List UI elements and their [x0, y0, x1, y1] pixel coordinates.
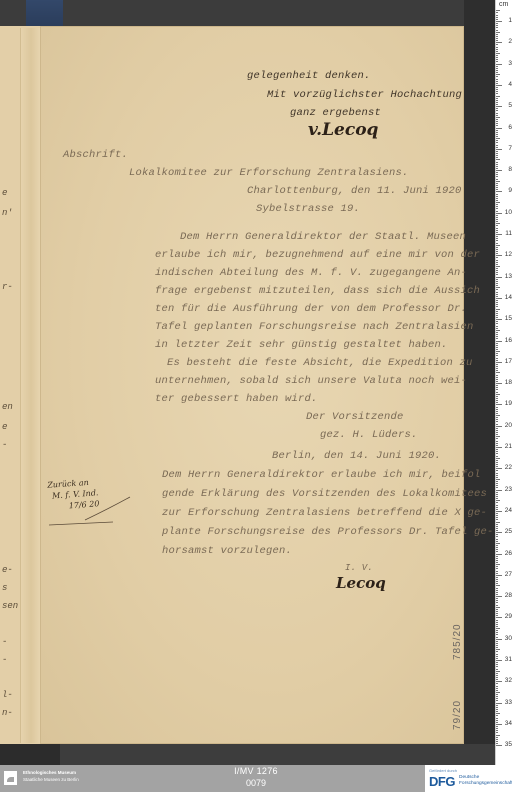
ruler-tick — [496, 93, 498, 94]
ruler-number: 30 — [505, 635, 512, 642]
ruler-tick — [496, 639, 502, 640]
ruler-tick — [496, 61, 498, 62]
ruler-tick — [496, 679, 498, 680]
ruler-tick — [496, 332, 498, 333]
ruler-tick — [496, 411, 498, 412]
ruler-tick — [496, 83, 498, 84]
ruler-tick — [496, 707, 498, 708]
margin-fragment: - — [2, 637, 7, 647]
ruler-number: 8 — [508, 166, 512, 173]
letterhead-address: Sybelstrasse 19. — [256, 203, 360, 215]
ruler-tick — [496, 438, 498, 439]
ruler-number: 11 — [505, 230, 512, 237]
ruler-tick — [496, 230, 498, 231]
ruler-tick — [496, 475, 498, 476]
ruler-tick — [496, 292, 498, 293]
ruler-tick — [496, 511, 502, 512]
ruler-number: 2 — [508, 38, 512, 45]
ruler-tick — [496, 21, 502, 22]
ruler-tick — [496, 560, 498, 561]
ruler-number: 13 — [505, 273, 512, 280]
ruler-tick — [496, 10, 500, 11]
ruler-tick — [496, 81, 498, 82]
ruler-tick — [496, 462, 498, 463]
ruler-tick — [496, 658, 498, 659]
ruler-number: 9 — [508, 187, 512, 194]
closing-signed: gez. H. Lüders. — [320, 429, 418, 441]
ruler-tick — [496, 168, 498, 169]
margin-fragment: - — [2, 440, 7, 450]
ruler-tick — [496, 585, 500, 586]
ruler-tick — [496, 507, 498, 508]
margin-fragment: - — [2, 655, 7, 665]
ruler-tick — [496, 185, 498, 186]
ruler-tick — [496, 268, 498, 269]
body-line: ter gebessert haben wird. — [155, 393, 318, 405]
ruler-tick — [496, 283, 498, 284]
ruler-tick — [496, 36, 498, 37]
margin-fragment: r- — [2, 282, 13, 292]
ruler-tick — [496, 179, 498, 180]
binding-fold — [20, 28, 41, 743]
ruler-tick — [496, 564, 500, 565]
closing-line-1: gelegenheit denken. — [247, 70, 371, 82]
ruler-tick — [496, 551, 498, 552]
body-line: ten für die Ausführung der von dem Profe… — [155, 303, 467, 315]
ruler-tick — [496, 53, 500, 54]
ruler-tick — [496, 677, 498, 678]
ruler-tick — [496, 23, 498, 24]
ruler-tick — [496, 79, 498, 80]
ruler-tick — [496, 138, 500, 139]
ruler-tick — [496, 328, 498, 329]
ruler-tick — [496, 100, 498, 101]
ruler-tick — [496, 96, 500, 97]
ruler-tick — [496, 743, 498, 744]
body-line: Es besteht die feste Absicht, die Expedi… — [167, 357, 473, 369]
ruler-tick — [496, 421, 498, 422]
ruler-tick — [496, 464, 498, 465]
ruler-tick — [496, 153, 498, 154]
dark-backdrop-right — [464, 0, 495, 765]
margin-note-strokes — [45, 490, 135, 530]
ruler-tick — [496, 130, 498, 131]
ruler-number: 31 — [505, 656, 512, 663]
ruler-tick — [496, 588, 498, 589]
iv-marker: I. V. — [345, 563, 373, 573]
ruler-tick — [496, 568, 498, 569]
ruler-tick — [496, 15, 498, 16]
dfg-badge: Gefördert durch DFG Deutsche Forschungsg… — [425, 765, 512, 792]
ruler-tick — [496, 270, 498, 271]
ruler-tick — [496, 632, 498, 633]
ruler-tick — [496, 549, 498, 550]
body-line: Dem Herrn Generaldirektor der Staatl. Mu… — [180, 231, 466, 243]
ruler-tick — [496, 609, 498, 610]
dfg-logo-icon: DFG — [429, 774, 455, 789]
ruler-tick — [496, 206, 498, 207]
ruler-tick — [496, 228, 498, 229]
ruler-tick — [496, 176, 498, 177]
ruler-tick — [496, 726, 498, 727]
pencil-id-lower: 79/20 — [452, 700, 463, 730]
ruler-tick — [496, 617, 502, 618]
ruler-tick — [496, 453, 498, 454]
ruler-tick — [496, 624, 498, 625]
ruler-tick — [496, 115, 498, 116]
cm-ruler: cm 1234567891011121314151617181920212223… — [495, 0, 512, 765]
ruler-tick — [496, 428, 498, 429]
ruler-number: 16 — [505, 337, 512, 344]
ruler-tick — [496, 547, 498, 548]
ruler-tick — [496, 368, 498, 369]
ruler-tick — [496, 174, 498, 175]
body-line: in letzter Zeit sehr günstig gestaltet h… — [155, 339, 448, 351]
blue-tape — [26, 0, 63, 28]
signature-lecoq-top: v.Lecoq — [308, 120, 378, 140]
ruler-tick — [496, 447, 502, 448]
ruler-tick — [496, 705, 498, 706]
ruler-number: 29 — [505, 613, 512, 620]
archive-footer: Ethnologisches Museum Staatliche Museen … — [0, 765, 512, 792]
ruler-tick — [496, 694, 498, 695]
ruler-number: 33 — [505, 699, 512, 706]
ruler-tick — [496, 372, 500, 373]
ruler-tick — [496, 479, 500, 480]
ruler-tick — [496, 732, 498, 733]
ruler-tick — [496, 334, 498, 335]
ruler-tick — [496, 381, 498, 382]
ruler-tick — [496, 145, 498, 146]
ruler-tick — [496, 147, 498, 148]
pencil-id-upper: 785/20 — [452, 623, 463, 660]
ruler-tick — [496, 502, 498, 503]
ruler-tick — [496, 47, 498, 48]
ruler-tick — [496, 68, 498, 69]
ruler-tick — [496, 91, 498, 92]
ruler-tick — [496, 223, 500, 224]
ruler-number: 21 — [505, 443, 512, 450]
ruler-tick — [496, 213, 502, 214]
ruler-tick — [496, 181, 500, 182]
ruler-tick — [496, 741, 498, 742]
ruler-tick — [496, 413, 498, 414]
ruler-tick — [496, 415, 500, 416]
ruler-tick — [496, 40, 498, 41]
ruler-tick — [496, 123, 498, 124]
ruler-tick — [496, 49, 498, 50]
ruler-tick — [496, 571, 498, 572]
ruler-tick — [496, 605, 498, 606]
ruler-tick — [496, 183, 498, 184]
ruler-tick — [496, 55, 498, 56]
ruler-tick — [496, 85, 502, 86]
ruler-tick — [496, 722, 498, 723]
ruler-tick — [496, 294, 498, 295]
ruler-tick — [496, 739, 498, 740]
ruler-number: 26 — [505, 550, 512, 557]
ruler-tick — [496, 311, 498, 312]
ruler-tick — [496, 483, 498, 484]
ruler-tick — [496, 596, 502, 597]
ruler-tick — [496, 59, 498, 60]
ruler-tick — [496, 370, 498, 371]
ruler-tick — [496, 159, 500, 160]
ruler-tick — [496, 281, 498, 282]
body-line: unternehmen, sobald sich unsere Valuta n… — [155, 375, 467, 387]
ruler-number: 6 — [508, 124, 512, 131]
ruler-tick — [496, 57, 498, 58]
ruler-number: 7 — [508, 145, 512, 152]
ruler-tick — [496, 470, 498, 471]
ruler-number: 20 — [505, 422, 512, 429]
ruler-number: 15 — [505, 315, 512, 322]
ruler-tick — [496, 215, 498, 216]
ruler-tick — [496, 643, 498, 644]
ruler-tick — [496, 277, 502, 278]
ruler-tick — [496, 626, 498, 627]
ruler-tick — [496, 221, 498, 222]
ruler-number: 4 — [508, 81, 512, 88]
ruler-tick — [496, 38, 498, 39]
ruler-tick — [496, 505, 498, 506]
ruler-tick — [496, 243, 498, 244]
ruler-tick — [496, 389, 498, 390]
ruler-tick — [496, 274, 498, 275]
ruler-tick — [496, 194, 498, 195]
ruler-tick — [496, 25, 498, 26]
ruler-tick — [496, 526, 498, 527]
ruler-tick — [496, 473, 498, 474]
ruler-tick — [496, 666, 498, 667]
ruler-tick — [496, 396, 498, 397]
ruler-tick — [496, 402, 498, 403]
ruler-tick — [496, 602, 498, 603]
ruler-tick — [496, 509, 498, 510]
ruler-tick — [496, 681, 502, 682]
ruler-number: 28 — [505, 592, 512, 599]
ruler-tick — [496, 656, 498, 657]
ruler-number: 3 — [508, 60, 512, 67]
ruler-tick — [496, 70, 498, 71]
ruler-tick — [496, 683, 498, 684]
ruler-tick — [496, 379, 498, 380]
ruler-tick — [496, 404, 502, 405]
ruler-tick — [496, 468, 502, 469]
second-note-line: gende Erklärung des Vorsitzenden des Lok… — [162, 488, 487, 500]
ruler-tick — [496, 142, 498, 143]
ruler-tick — [496, 317, 498, 318]
ruler-number: 23 — [505, 486, 512, 493]
ruler-tick — [496, 532, 502, 533]
ruler-tick — [496, 400, 498, 401]
ruler-tick — [496, 323, 498, 324]
ruler-tick — [496, 302, 498, 303]
ruler-tick — [496, 713, 500, 714]
ruler-tick — [496, 17, 498, 18]
letterhead-place-date: Charlottenburg, den 11. Juni 1920 — [247, 185, 462, 197]
ruler-tick — [496, 119, 498, 120]
ruler-tick — [496, 590, 498, 591]
ruler-tick — [496, 132, 498, 133]
ruler-tick — [496, 579, 498, 580]
ruler-tick — [496, 232, 498, 233]
ruler-tick — [496, 234, 502, 235]
ruler-tick — [496, 191, 502, 192]
ruler-tick — [496, 539, 498, 540]
ruler-tick — [496, 326, 498, 327]
ruler-tick — [496, 364, 498, 365]
second-note-line: zur Erforschung Zentralasiens betreffend… — [162, 507, 487, 519]
ruler-tick — [496, 330, 500, 331]
closing-line-2: Mit vorzüglichster Hochachtung — [267, 89, 462, 101]
ruler-tick — [496, 238, 498, 239]
ruler-tick — [496, 407, 498, 408]
ruler-tick — [496, 556, 498, 557]
ruler-tick — [496, 166, 498, 167]
ruler-tick — [496, 620, 498, 621]
ruler-tick — [496, 660, 502, 661]
margin-fragment: sen — [2, 601, 18, 611]
ruler-tick — [496, 98, 498, 99]
closing-title: Der Vorsitzende — [306, 411, 404, 423]
second-note-line: horsamst vorzulegen. — [162, 545, 292, 557]
ruler-tick — [496, 172, 498, 173]
margin-fragment: e- — [2, 565, 13, 575]
ruler-tick — [496, 106, 502, 107]
ruler-tick — [496, 360, 498, 361]
margin-fragment: s — [2, 583, 7, 593]
ruler-tick — [496, 30, 498, 31]
ruler-tick — [496, 498, 498, 499]
second-note-line: Dem Herrn Generaldirektor erlaube ich mi… — [162, 469, 481, 481]
ruler-tick — [496, 264, 498, 265]
ruler-tick — [496, 647, 498, 648]
ruler-tick — [496, 494, 498, 495]
ruler-tick — [496, 128, 502, 129]
ruler-tick — [496, 136, 498, 137]
ruler-tick — [496, 628, 500, 629]
ruler-tick — [496, 202, 500, 203]
ruler-tick — [496, 355, 498, 356]
ruler-tick — [496, 66, 498, 67]
ruler-tick — [496, 398, 498, 399]
margin-fragment: en — [2, 402, 13, 412]
ruler-tick — [496, 575, 502, 576]
ruler-tick — [496, 434, 498, 435]
ruler-tick — [496, 164, 498, 165]
ruler-number: 35 — [505, 741, 512, 748]
ruler-tick — [496, 718, 498, 719]
ruler-tick — [496, 151, 498, 152]
ruler-tick — [496, 654, 498, 655]
ruler-tick — [496, 321, 498, 322]
ruler-tick — [496, 113, 498, 114]
ruler-number: 19 — [505, 400, 512, 407]
ruler-tick — [496, 558, 498, 559]
ruler-tick — [496, 481, 498, 482]
ruler-number: 18 — [505, 379, 512, 386]
ruler-tick — [496, 562, 498, 563]
ruler-tick — [496, 711, 498, 712]
ruler-tick — [496, 449, 498, 450]
ruler-tick — [496, 432, 498, 433]
ruler-tick — [496, 64, 502, 65]
ruler-tick — [496, 583, 498, 584]
ruler-tick — [496, 208, 498, 209]
ruler-tick — [496, 441, 498, 442]
ruler-tick — [496, 249, 498, 250]
ruler-tick — [496, 594, 498, 595]
ruler-tick — [496, 245, 500, 246]
ruler-tick — [496, 690, 498, 691]
ruler-tick — [496, 522, 500, 523]
ruler-tick — [496, 257, 498, 258]
ruler-tick — [496, 592, 498, 593]
ruler-tick — [496, 343, 498, 344]
ruler-tick — [496, 377, 498, 378]
ruler-tick — [496, 260, 498, 261]
ruler-tick — [496, 51, 498, 52]
ruler-tick — [496, 74, 500, 75]
ruler-tick — [496, 611, 498, 612]
ruler-tick — [496, 436, 500, 437]
ruler-tick — [496, 675, 498, 676]
ruler-tick — [496, 581, 498, 582]
ruler-tick — [496, 149, 502, 150]
ruler-tick — [496, 419, 498, 420]
ruler-tick — [496, 72, 498, 73]
ruler-tick — [496, 573, 498, 574]
ruler-unit: cm — [499, 1, 508, 8]
ruler-tick — [496, 251, 498, 252]
ruler-tick — [496, 496, 498, 497]
ruler-tick — [496, 728, 498, 729]
ruler-tick — [496, 117, 500, 118]
ruler-tick — [496, 155, 498, 156]
ruler-tick — [496, 673, 498, 674]
ruler-tick — [496, 341, 502, 342]
ruler-number: 27 — [505, 571, 512, 578]
dfg-name: Deutsche Forschungsgemeinschaft — [459, 775, 512, 787]
ruler-tick — [496, 196, 498, 197]
ruler-number: 1 — [508, 17, 512, 24]
ruler-tick — [496, 598, 498, 599]
ruler-number: 25 — [505, 528, 512, 535]
ruler-number: 17 — [505, 358, 512, 365]
ruler-tick — [496, 554, 502, 555]
ruler-tick — [496, 613, 498, 614]
signature-lecoq-bottom: Lecoq — [336, 574, 386, 592]
ruler-tick — [496, 247, 498, 248]
ruler-tick — [496, 662, 498, 663]
ruler-tick — [496, 745, 502, 746]
ruler-tick — [496, 519, 498, 520]
ruler-tick — [496, 298, 502, 299]
ruler-tick — [496, 530, 498, 531]
ruler-tick — [496, 688, 498, 689]
closing-line-3: ganz ergebenst — [290, 107, 381, 119]
ruler-tick — [496, 534, 498, 535]
ruler-tick — [496, 664, 498, 665]
ruler-tick — [496, 187, 498, 188]
ruler-tick — [496, 87, 498, 88]
ruler-tick — [496, 362, 502, 363]
ruler-tick — [496, 285, 498, 286]
ruler-tick — [496, 12, 498, 13]
ruler-tick — [496, 577, 498, 578]
ruler-tick — [496, 541, 498, 542]
